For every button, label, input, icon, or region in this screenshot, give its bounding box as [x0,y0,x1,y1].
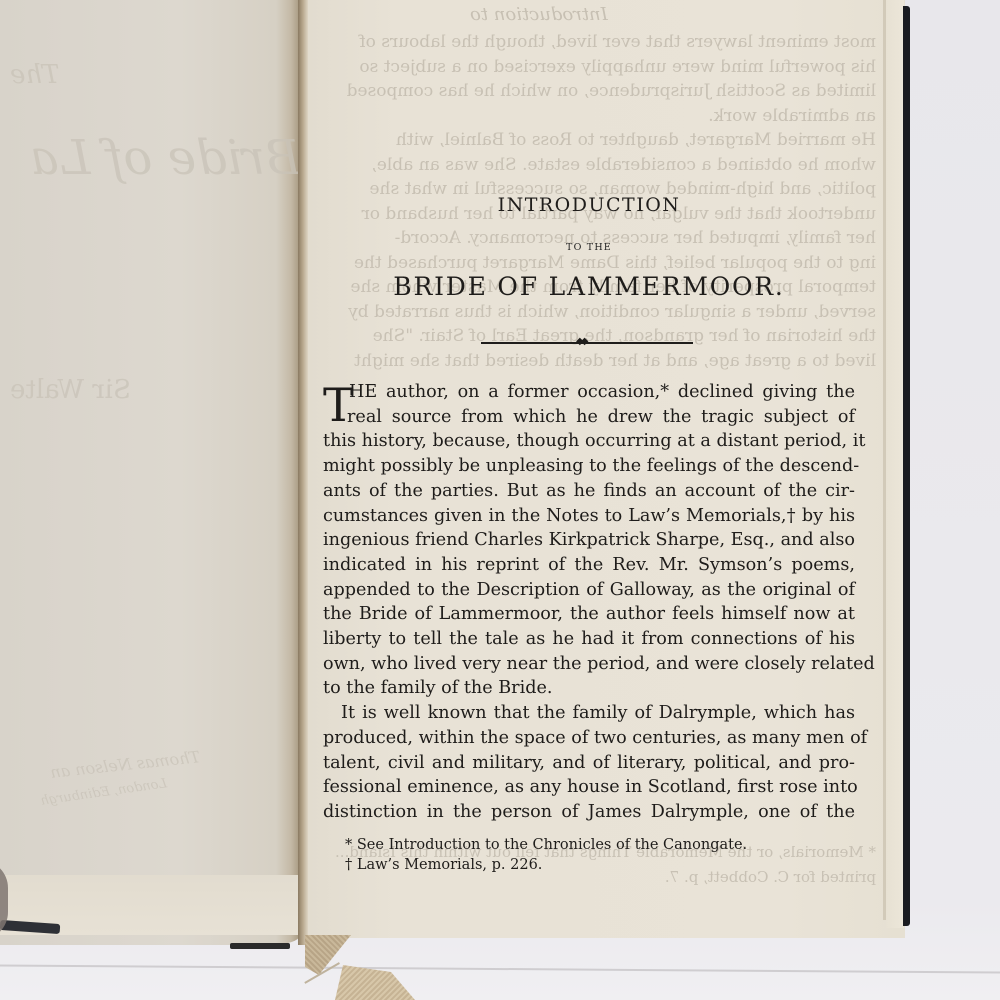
showthrough-line: his powerful mind were unhappily exercis… [316,55,876,80]
page-edge [886,0,904,928]
book-cover-edge [230,943,290,949]
showthrough-line: an admirable work. [316,104,876,129]
footnote-asterisk: * See Introduction to the Chronicles of … [345,835,845,855]
text-line: T HE author, on a former occasion,* decl… [323,380,855,405]
body-text: T HE author, on a former occasion,* decl… [323,380,855,825]
text-line: real source from which he drew the tragi… [323,405,855,430]
showthrough-line: most eminent lawyers that ever lived, th… [316,30,876,55]
diamond-ornament-icon: ◆◆ [576,337,585,347]
text-line: to the family of the Bride. [323,676,855,701]
showthrough-line: lived to a great age, and at her death d… [316,349,876,374]
text-line: appended to the Description of Galloway,… [323,578,855,603]
footnote-dagger: † Law’s Memorials, p. 226. [345,855,845,875]
heading-book-title: BRIDE OF LAMMERMOOR. [323,272,855,301]
text-line: ants of the parties. But as he finds an … [323,479,855,504]
text-line-content: HE author, on a former occasion,* declin… [349,382,855,402]
heading-introduction: INTRODUCTION [323,194,855,216]
showthrough-line: whom he obtained a considerable estate. … [316,153,876,178]
left-showthrough-title: Bride of La [30,130,300,186]
left-showthrough-text: The [10,60,59,90]
showthrough-line: He married Margaret, daughter to Ross of… [316,128,876,153]
text-line: ingenious friend Charles Kirkpatrick Sha… [323,528,855,553]
text-line: indicated in his reprint of the Rev. Mr.… [323,553,855,578]
text-line: cumstances given in the Notes to Law’s M… [323,504,855,529]
left-showthrough-author: Sir Walte [10,375,131,405]
text-line: fessional eminence, as any house in Scot… [323,775,855,800]
book-cover-edge [903,6,910,926]
showthrough-line: served, under a singular condition, whic… [316,300,876,325]
showthrough-line: limited as Scottish Jurisprudence, on wh… [316,79,876,104]
heading-to-the: TO THE [323,242,855,253]
text-line: own, who lived very near the period, and… [323,652,855,677]
showthrough-line: the historian of her grandson, the great… [316,324,876,349]
drop-cap: T [323,382,354,428]
text-line: It is well known that the family of Dalr… [323,701,855,726]
text-line: the Bride of Lammermoor, the author feel… [323,602,855,627]
ornamental-rule [481,342,693,344]
text-line: liberty to tell the tale as he had it fr… [323,627,855,652]
text-line: distinction in the person of James Dalry… [323,800,855,825]
text-line: might possibly be unpleasing to the feel… [323,454,855,479]
footnotes: * See Introduction to the Chronicles of … [345,835,845,875]
text-line: this history, because, though occurring … [323,429,855,454]
showthrough-running-head: Introduction to [470,4,608,25]
text-line: produced, within the space of two centur… [323,726,855,751]
text-line: talent, civil and military, and of liter… [323,751,855,776]
